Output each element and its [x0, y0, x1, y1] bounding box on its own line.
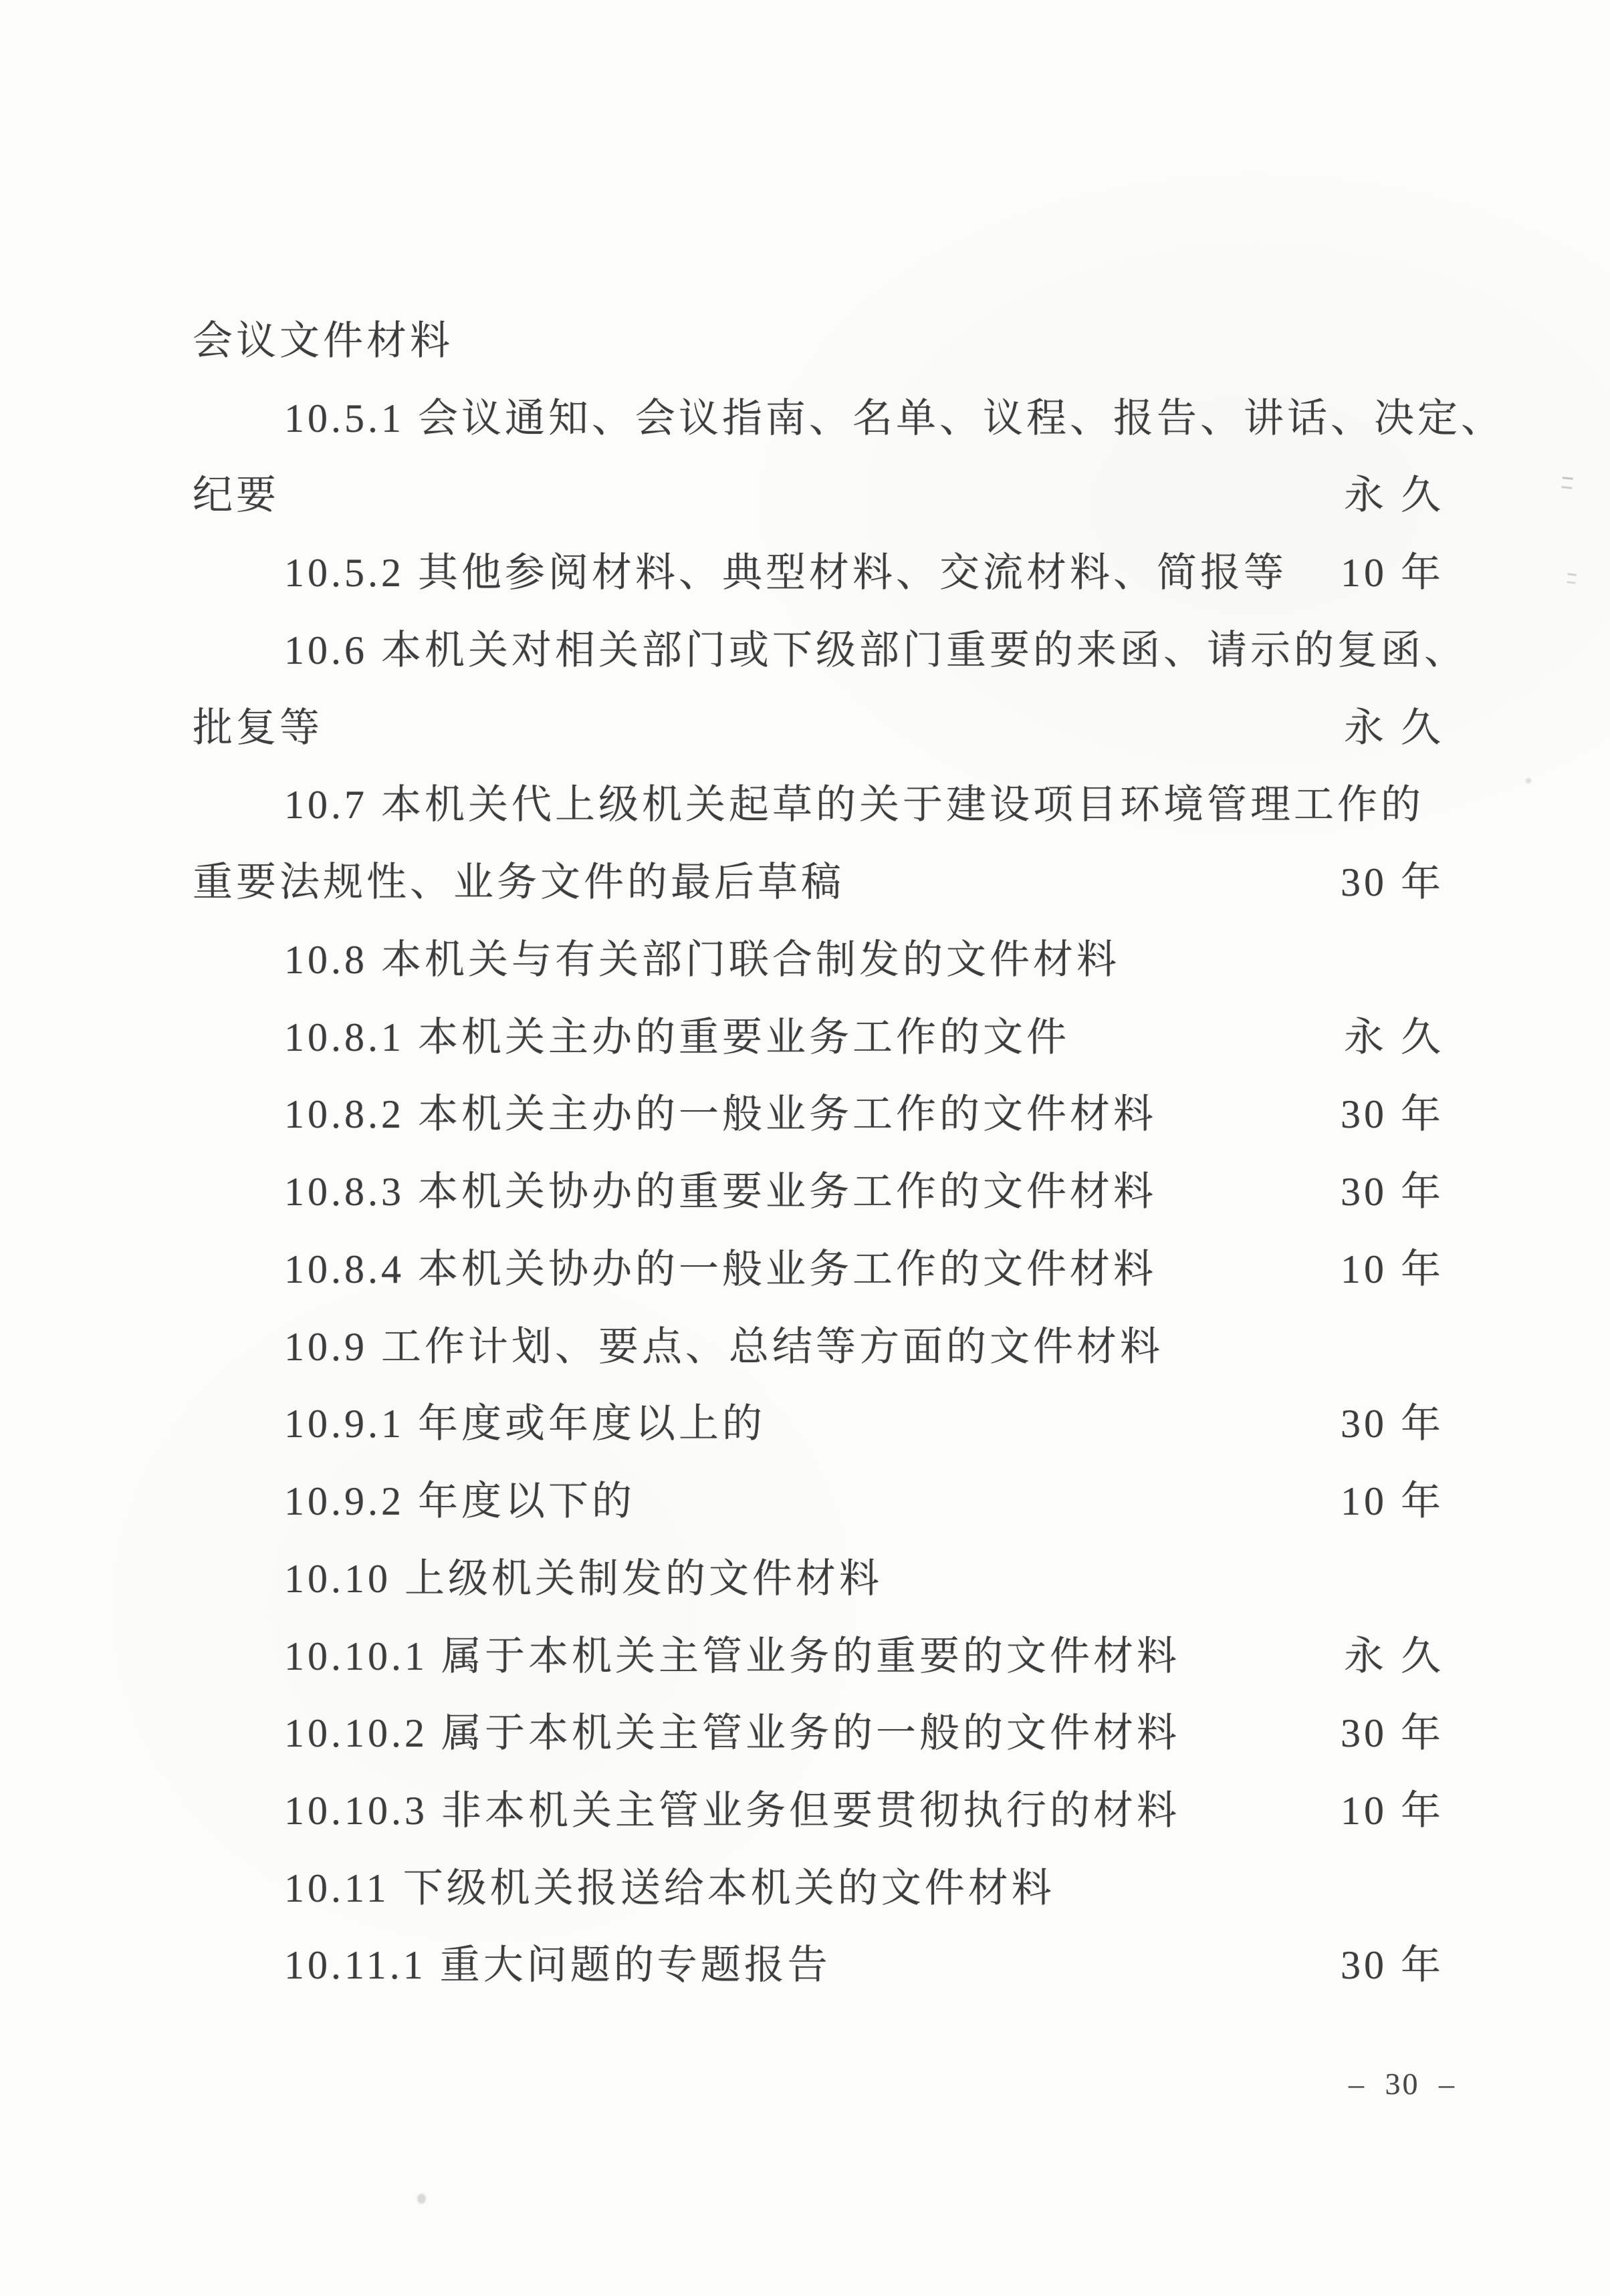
item-text: 10.11.1 重大问题的专题报告 [193, 1926, 831, 2004]
schedule-line: 10.5.2 其他参阅材料、典型材料、交流材料、简报等10 年 [193, 534, 1510, 612]
item-text: 10.9.1 年度或年度以上的 [193, 1385, 766, 1462]
retention-value: 10 年 [1341, 1462, 1444, 1540]
item-text: 10.9.2 年度以下的 [193, 1462, 635, 1540]
item-text: 10.7 本机关代上级机关起草的关于建设项目环境管理工作的 [193, 766, 1424, 844]
schedule-line: 10.9 工作计划、要点、总结等方面的文件材料 [193, 1308, 1510, 1386]
retention-value: 10 年 [1341, 1772, 1444, 1849]
retention-value: 30 年 [1341, 1926, 1444, 2004]
item-text: 10.8.2 本机关主办的一般业务工作的文件材料 [193, 1075, 1157, 1153]
scan-speck [1561, 477, 1573, 489]
item-text: 10.5.1 会议通知、会议指南、名单、议程、报告、讲话、决定、 [193, 380, 1504, 457]
schedule-line: 10.10 上级机关制发的文件材料 [193, 1540, 1510, 1618]
schedule-line: 10.11.1 重大问题的专题报告30 年 [193, 1926, 1510, 2004]
item-text: 10.6 本机关对相关部门或下级部门重要的来函、请示的复函、 [193, 612, 1468, 689]
scan-speck [1526, 778, 1531, 783]
retention-value: 30 年 [1341, 844, 1444, 921]
item-text: 10.5.2 其他参阅材料、典型材料、交流材料、简报等 [193, 534, 1287, 612]
retention-value: 30 年 [1341, 1153, 1444, 1231]
item-text: 10.10.2 属于本机关主管业务的一般的文件材料 [193, 1694, 1180, 1772]
schedule-line: 纪要永 久 [193, 457, 1510, 534]
item-text: 10.8.1 本机关主办的重要业务工作的文件 [193, 999, 1070, 1076]
item-text: 重要法规性、业务文件的最后草稿 [193, 844, 844, 921]
retention-value: 30 年 [1341, 1075, 1444, 1153]
scan-speck [417, 2194, 426, 2204]
section-heading: 会议文件材料 [193, 302, 1510, 380]
scanned-document-page: 会议文件材料 10.5.1 会议通知、会议指南、名单、议程、报告、讲话、决定、 … [0, 0, 1610, 2296]
item-text: 10.8.4 本机关协办的一般业务工作的文件材料 [193, 1231, 1157, 1308]
retention-value: 30 年 [1341, 1385, 1444, 1462]
schedule-line: 10.8.4 本机关协办的一般业务工作的文件材料10 年 [193, 1231, 1510, 1308]
retention-value: 永 久 [1344, 1618, 1444, 1695]
item-text: 10.10.3 非本机关主管业务但要贯彻执行的材料 [193, 1772, 1180, 1849]
schedule-line: 10.8.3 本机关协办的重要业务工作的文件材料30 年 [193, 1153, 1510, 1231]
item-text: 纪要 [193, 457, 279, 534]
item-text: 10.11 下级机关报送给本机关的文件材料 [193, 1849, 1055, 1927]
retention-value: 30 年 [1341, 1694, 1444, 1772]
retention-value: 10 年 [1341, 534, 1444, 612]
schedule-line: 10.9.2 年度以下的10 年 [193, 1462, 1510, 1540]
schedule-line: 10.8.1 本机关主办的重要业务工作的文件永 久 [193, 999, 1510, 1076]
item-text: 10.8.3 本机关协办的重要业务工作的文件材料 [193, 1153, 1157, 1231]
retention-value: 10 年 [1341, 1231, 1444, 1308]
item-text: 批复等 [193, 689, 323, 767]
schedule-line: 10.8.2 本机关主办的一般业务工作的文件材料30 年 [193, 1075, 1510, 1153]
item-text: 10.9 工作计划、要点、总结等方面的文件材料 [193, 1308, 1163, 1386]
retention-value: 永 久 [1344, 999, 1444, 1076]
schedule-line: 10.10.1 属于本机关主管业务的重要的文件材料永 久 [193, 1618, 1510, 1695]
schedule-line: 10.6 本机关对相关部门或下级部门重要的来函、请示的复函、 [193, 612, 1510, 689]
schedule-line: 批复等永 久 [193, 689, 1510, 767]
schedule-line: 10.7 本机关代上级机关起草的关于建设项目环境管理工作的 [193, 766, 1510, 844]
scan-speck [1567, 573, 1576, 584]
schedule-line: 10.10.3 非本机关主管业务但要贯彻执行的材料10 年 [193, 1772, 1510, 1849]
item-text: 10.10 上级机关制发的文件材料 [193, 1540, 883, 1618]
retention-value: 永 久 [1344, 457, 1444, 534]
item-text: 10.8 本机关与有关部门联合制发的文件材料 [193, 921, 1120, 999]
schedule-line: 10.5.1 会议通知、会议指南、名单、议程、报告、讲话、决定、 [193, 380, 1510, 457]
schedule-line: 10.9.1 年度或年度以上的30 年 [193, 1385, 1510, 1462]
item-text: 10.10.1 属于本机关主管业务的重要的文件材料 [193, 1618, 1180, 1695]
schedule-line: 重要法规性、业务文件的最后草稿30 年 [193, 844, 1510, 921]
schedule-line: 10.10.2 属于本机关主管业务的一般的文件材料30 年 [193, 1694, 1510, 1772]
schedule-line: 10.8 本机关与有关部门联合制发的文件材料 [193, 921, 1510, 999]
retention-value: 永 久 [1344, 689, 1444, 767]
page-number: – 30 – [1349, 2064, 1456, 2104]
schedule-line: 10.11 下级机关报送给本机关的文件材料 [193, 1849, 1510, 1927]
